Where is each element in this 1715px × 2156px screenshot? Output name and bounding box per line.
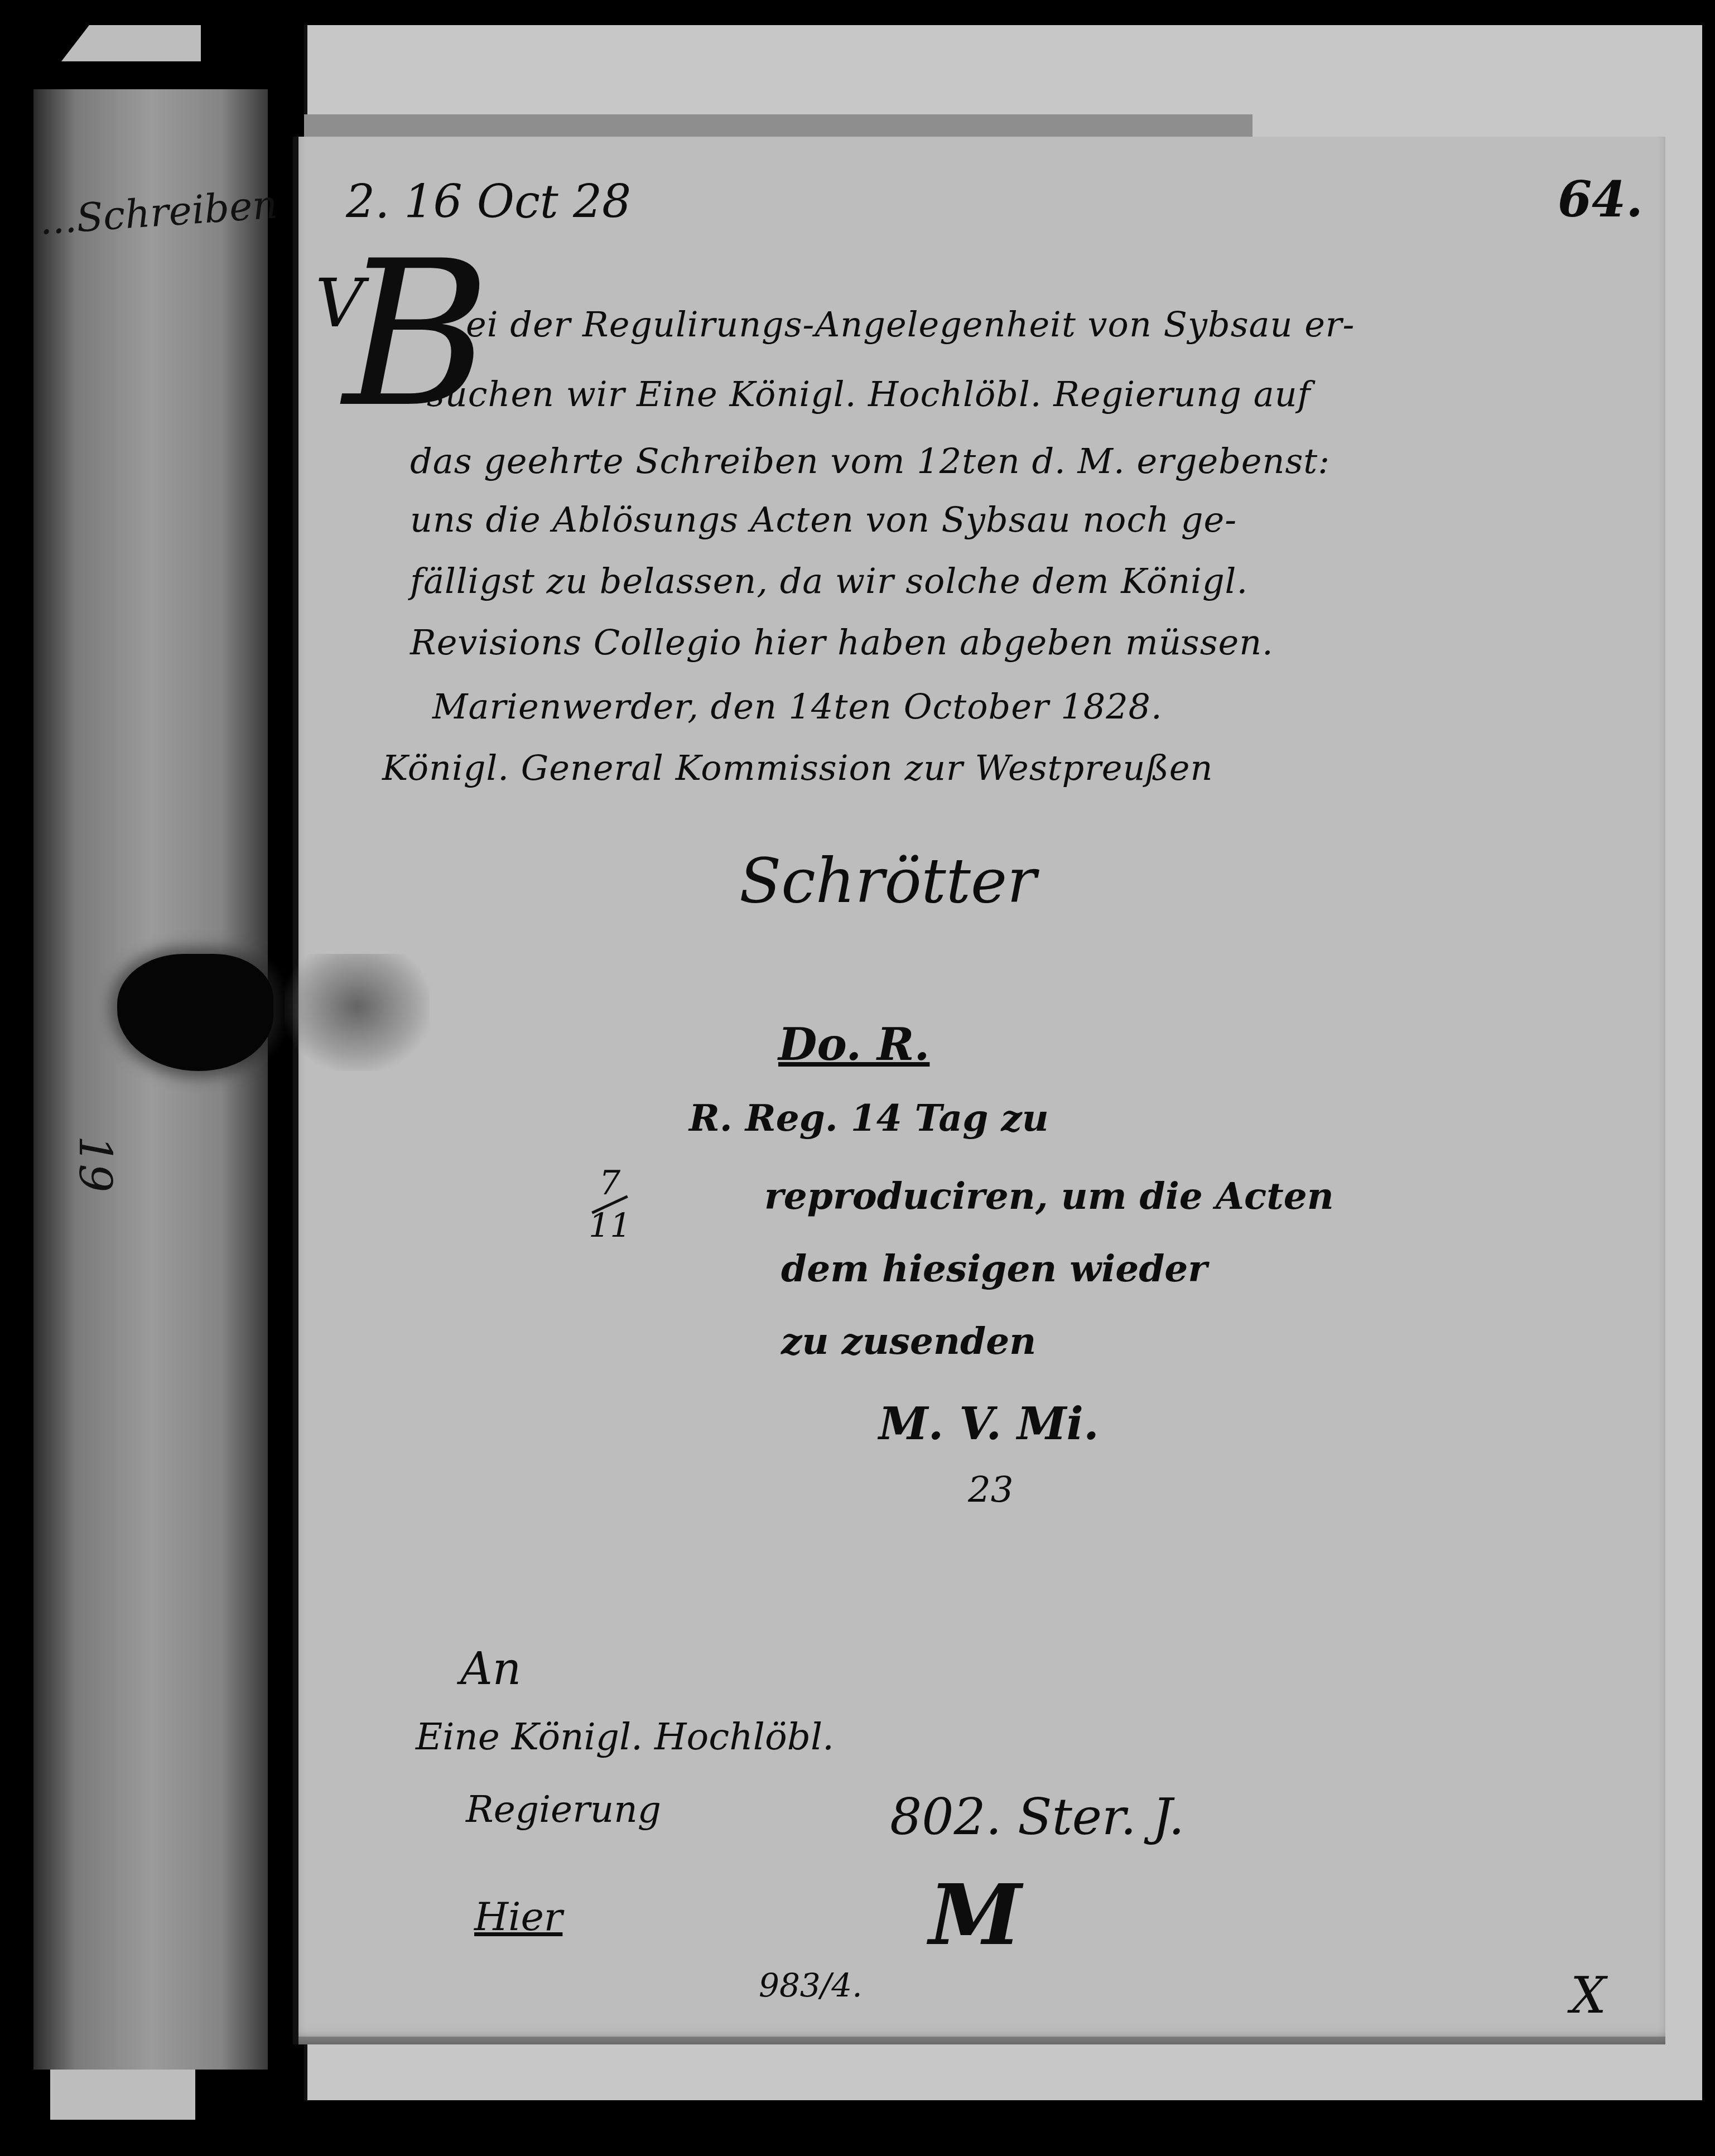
address-line: Eine Königl. Hochlöbl. <box>416 1715 834 1758</box>
body-line: ei der Regulirungs-Angelegenheit von Syb… <box>466 304 1355 345</box>
binding-strip <box>33 89 268 2070</box>
remark-initials: M. V. Mi. <box>879 1397 1099 1450</box>
body-line: Revisions Collegio hier haben abgeben mü… <box>410 622 1274 663</box>
folio-number: 64. <box>1558 170 1643 228</box>
remark-line: R. Reg. 14 Tag zu <box>689 1096 1049 1140</box>
binding-number: 19 <box>69 1136 121 1193</box>
binding-bottom-flap <box>50 2070 195 2120</box>
address-line: Hier <box>474 1894 562 1940</box>
place-date-line: Marienwerder, den 14ten October 1828. <box>432 686 1163 727</box>
paraph: M <box>929 1866 1022 1964</box>
remark-line: dem hiesigen wieder <box>781 1247 1207 1290</box>
remark-line: zu zusenden <box>781 1319 1036 1363</box>
body-line: das geehrte Schreiben vom 12ten d. M. er… <box>410 441 1330 481</box>
remark-line: reproduciren, um die Acten <box>764 1174 1334 1218</box>
remark-heading: Do. R. <box>778 1018 929 1070</box>
file-number: 983/4. <box>759 1966 863 2004</box>
signature: Schrötter <box>739 845 1037 917</box>
authority-line: Königl. General Kommission zur Westpreuß… <box>382 747 1213 788</box>
registry-number: 802. Ster. J. <box>890 1788 1184 1846</box>
address-line: Regierung <box>466 1788 661 1831</box>
corner-mark: X <box>1571 1966 1606 2025</box>
body-line: uns die Ablösungs Acten von Sybsau noch … <box>410 499 1237 540</box>
manuscript-page: 2. 16 Oct 28 64. V B ei der Regulirungs-… <box>293 137 1665 2044</box>
address-to: An <box>460 1643 521 1695</box>
seal-stain <box>285 954 430 1071</box>
body-line: fälligst zu belassen, da wir solche dem … <box>410 561 1248 601</box>
binding-top-flap <box>61 25 201 61</box>
remark-initials-sub: 23 <box>968 1470 1013 1511</box>
body-line: suchen wir Eine Königl. Hochlöbl. Regier… <box>427 374 1311 414</box>
fraction-numerator: 7 <box>599 1164 620 1203</box>
remark-fraction: 7 11 <box>589 1163 631 1246</box>
